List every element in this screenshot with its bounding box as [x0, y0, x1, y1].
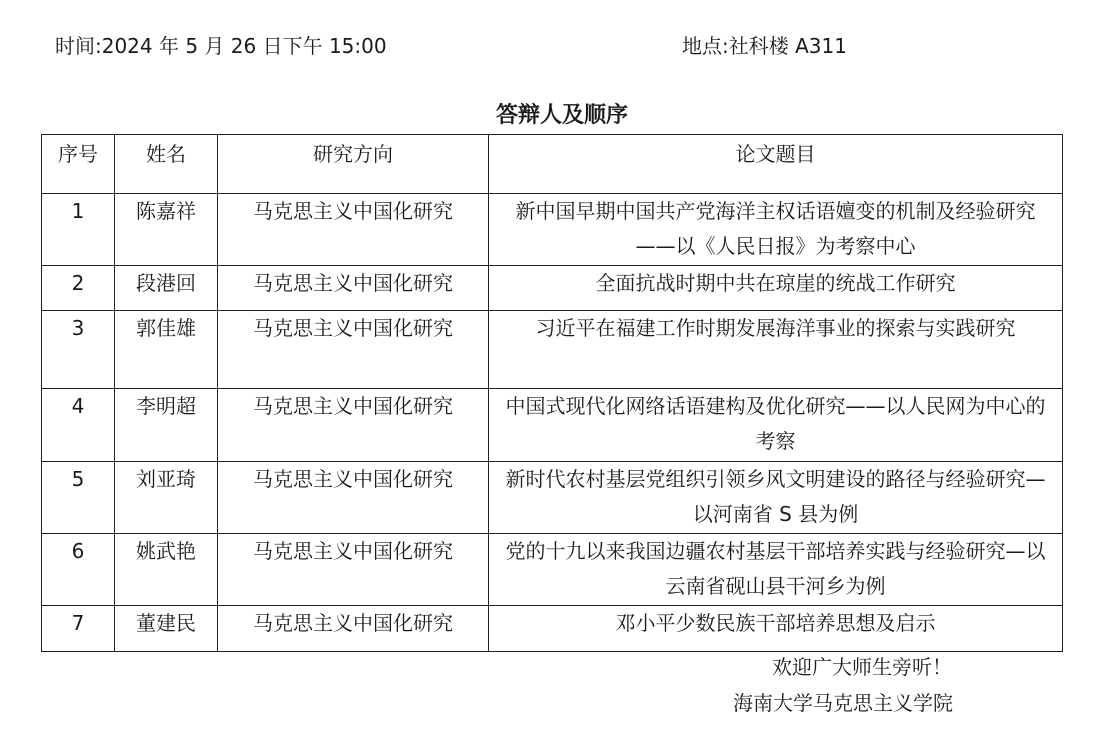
table-header-row: 序号 姓名 研究方向 论文题目	[42, 135, 1063, 194]
cell-number: 1	[42, 194, 115, 266]
table-row: 2 段港回 马克思主义中国化研究 全面抗战时期中共在琼崖的统战工作研究	[42, 266, 1063, 311]
cell-name: 刘亚琦	[115, 462, 218, 534]
cell-direction: 马克思主义中国化研究	[218, 462, 489, 534]
cell-thesis: 新中国早期中国共产党海洋主权话语嬗变的机制及经验研究——以《人民日报》为考察中心	[489, 194, 1063, 266]
welcome-note: 欢迎广大师生旁听！	[772, 654, 952, 680]
table-row: 3 郭佳雄 马克思主义中国化研究 习近平在福建工作时期发展海洋事业的探索与实践研…	[42, 311, 1063, 389]
table-row: 6 姚武艳 马克思主义中国化研究 党的十九以来我国边疆农村基层干部培养实践与经验…	[42, 534, 1063, 606]
table-row: 5 刘亚琦 马克思主义中国化研究 新时代农村基层党组织引领乡风文明建设的路径与经…	[42, 462, 1063, 534]
document-title: 答辩人及顺序	[0, 101, 1104, 131]
column-header-name: 姓名	[115, 135, 218, 194]
cell-name: 陈嘉祥	[115, 194, 218, 266]
cell-thesis: 全面抗战时期中共在琼崖的统战工作研究	[489, 266, 1063, 311]
cell-thesis: 习近平在福建工作时期发展海洋事业的探索与实践研究	[489, 311, 1063, 389]
cell-direction: 马克思主义中国化研究	[218, 194, 489, 266]
cell-direction: 马克思主义中国化研究	[218, 606, 489, 652]
table-row: 1 陈嘉祥 马克思主义中国化研究 新中国早期中国共产党海洋主权话语嬗变的机制及经…	[42, 194, 1063, 266]
cell-thesis: 邓小平少数民族干部培养思想及启示	[489, 606, 1063, 652]
defense-time: 时间:2024 年 5 月 26 日下午 15:00	[55, 33, 387, 59]
table-row: 7 董建民 马克思主义中国化研究 邓小平少数民族干部培养思想及启示	[42, 606, 1063, 652]
cell-name: 姚武艳	[115, 534, 218, 606]
cell-name: 李明超	[115, 389, 218, 462]
table-row: 4 李明超 马克思主义中国化研究 中国式现代化网络话语建构及优化研究——以人民网…	[42, 389, 1063, 462]
cell-number: 5	[42, 462, 115, 534]
cell-direction: 马克思主义中国化研究	[218, 389, 489, 462]
cell-thesis: 中国式现代化网络话语建构及优化研究——以人民网为中心的考察	[489, 389, 1063, 462]
defense-location: 地点:社科楼 A311	[682, 33, 847, 59]
column-header-direction: 研究方向	[218, 135, 489, 194]
cell-name: 董建民	[115, 606, 218, 652]
cell-direction: 马克思主义中国化研究	[218, 534, 489, 606]
column-header-number: 序号	[42, 135, 115, 194]
cell-direction: 马克思主义中国化研究	[218, 266, 489, 311]
cell-number: 7	[42, 606, 115, 652]
cell-number: 6	[42, 534, 115, 606]
cell-number: 2	[42, 266, 115, 311]
cell-direction: 马克思主义中国化研究	[218, 311, 489, 389]
cell-number: 4	[42, 389, 115, 462]
cell-thesis: 新时代农村基层党组织引领乡风文明建设的路径与经验研究—以河南省 S 县为例	[489, 462, 1063, 534]
cell-thesis: 党的十九以来我国边疆农村基层干部培养实践与经验研究—以云南省砚山县干河乡为例	[489, 534, 1063, 606]
cell-number: 3	[42, 311, 115, 389]
cell-name: 郭佳雄	[115, 311, 218, 389]
column-header-thesis: 论文题目	[489, 135, 1063, 194]
organizer-name: 海南大学马克思主义学院	[733, 690, 953, 716]
cell-name: 段港回	[115, 266, 218, 311]
defense-schedule-table: 序号 姓名 研究方向 论文题目 1 陈嘉祥 马克思主义中国化研究 新中国早期中国…	[41, 134, 1063, 652]
